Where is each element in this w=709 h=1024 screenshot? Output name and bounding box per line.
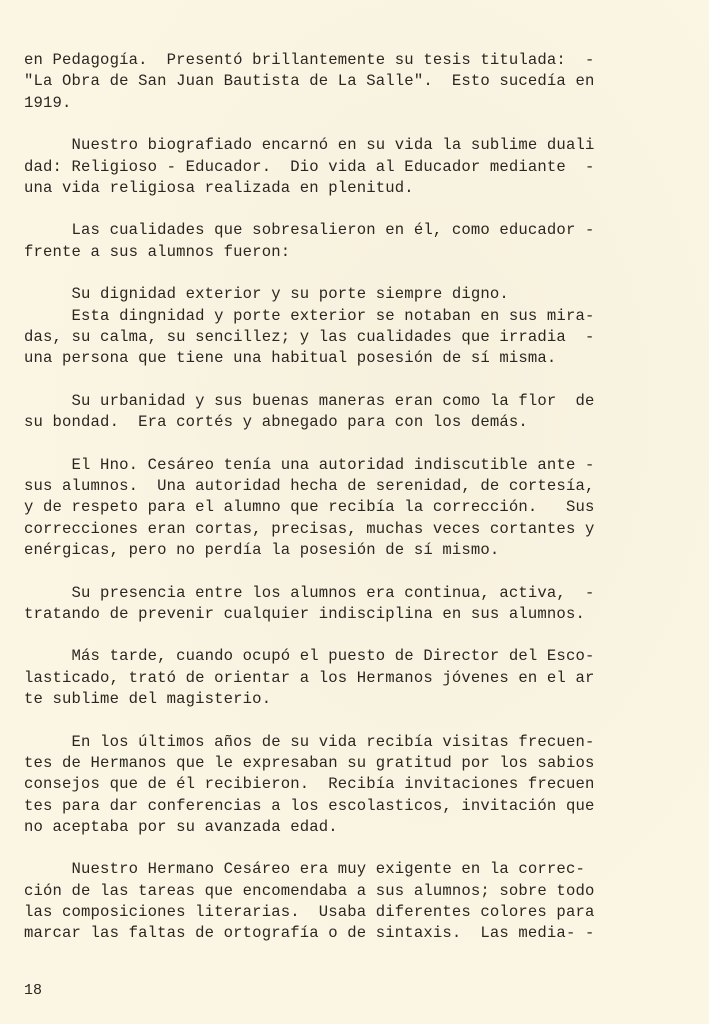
text-line: ción de las tareas que encomendaba a sus…: [24, 881, 594, 902]
text-line: "La Obra de San Juan Bautista de La Sall…: [24, 71, 594, 92]
text-line: 1919.: [24, 93, 72, 114]
text-line: En los últimos años de su vida recibía v…: [24, 732, 594, 753]
text-line: las composiciones literarias. Usaba dife…: [24, 902, 594, 923]
text-line: El Hno. Cesáreo tenía una autoridad indi…: [24, 455, 594, 476]
text-line: tes para dar conferencias a los escolast…: [24, 796, 594, 817]
text-line: marcar las faltas de ortografía o de sin…: [24, 923, 594, 944]
page-number: 18: [24, 982, 42, 999]
text-line: una vida religiosa realizada en plenitud…: [24, 178, 414, 199]
text-line: una persona que tiene una habitual poses…: [24, 348, 556, 369]
text-line: tratando de prevenir cualquier indiscipl…: [24, 604, 585, 625]
text-line: Su dignidad exterior y su porte siempre …: [24, 284, 509, 305]
text-line: Nuestro biografiado encarnó en su vida l…: [24, 135, 594, 156]
text-line: Esta dingnidad y porte exterior se notab…: [24, 306, 594, 327]
text-line: enérgicas, pero no perdía la posesión de…: [24, 540, 499, 561]
text-line: lasticado, trató de orientar a los Herma…: [24, 668, 594, 689]
document-page: en Pedagogía. Presentó brillantemente su…: [0, 0, 709, 1024]
text-line: consejos que de él recibieron. Recibía i…: [24, 774, 594, 795]
text-line: Más tarde, cuando ocupó el puesto de Dir…: [24, 646, 594, 667]
text-line: y de respeto para el alumno que recibía …: [24, 497, 594, 518]
text-line: en Pedagogía. Presentó brillantemente su…: [24, 50, 594, 71]
text-line: Su presencia entre los alumnos era conti…: [24, 583, 594, 604]
text-line: te sublime del magisterio.: [24, 689, 271, 710]
text-line: sus alumnos. Una autoridad hecha de sere…: [24, 476, 594, 497]
text-line: Nuestro Hermano Cesáreo era muy exigente…: [24, 859, 585, 880]
text-line: frente a sus alumnos fueron:: [24, 242, 290, 263]
text-line: das, su calma, su sencillez; y las cuali…: [24, 327, 594, 348]
text-line: Las cualidades que sobresalieron en él, …: [24, 220, 594, 241]
text-line: tes de Hermanos que le expresaban su gra…: [24, 753, 594, 774]
text-line: dad: Religioso - Educador. Dio vida al E…: [24, 157, 594, 178]
text-line: su bondad. Era cortés y abnegado para co…: [24, 412, 528, 433]
text-line: correcciones eran cortas, precisas, much…: [24, 519, 594, 540]
text-line: no aceptaba por su avanzada edad.: [24, 817, 338, 838]
text-line: Su urbanidad y sus buenas maneras eran c…: [24, 391, 594, 412]
